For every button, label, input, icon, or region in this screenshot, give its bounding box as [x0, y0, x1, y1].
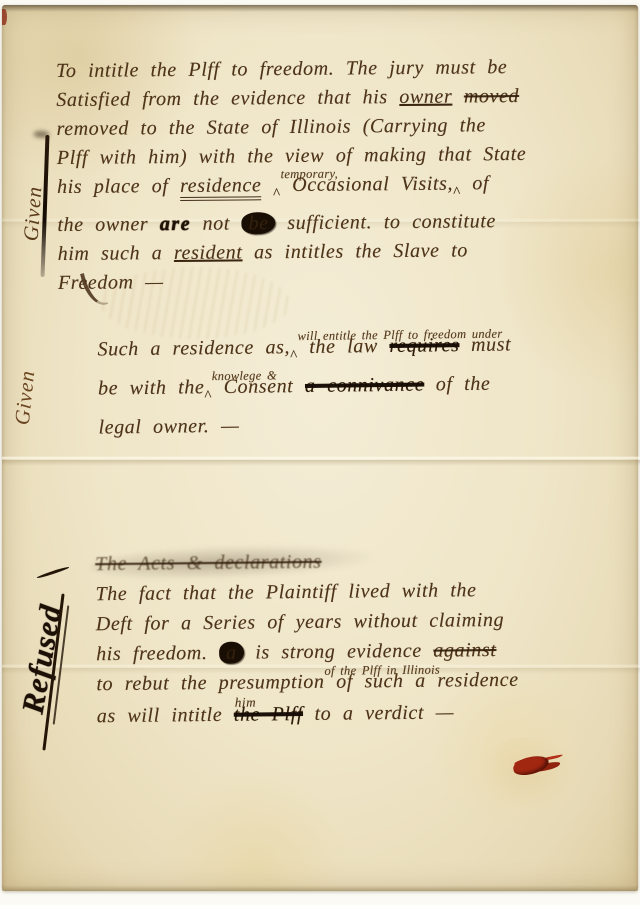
handwritten-text: his place of: [57, 175, 180, 198]
handwritten-text: the owner: [57, 213, 160, 236]
caret-mark: ^: [273, 186, 281, 202]
manuscript-line: Satisfied from the evidence that his own…: [56, 82, 526, 115]
handwritten-text: [261, 174, 273, 196]
handwritten-text: Such a residence as,: [97, 336, 290, 360]
manuscript-line: The fact that the Plaintiff lived with t…: [95, 575, 518, 609]
margin-note-refused: Refused: [7, 557, 77, 760]
ink-blot: be: [241, 212, 275, 234]
handwritten-text: legal owner. —: [98, 415, 239, 439]
handwritten-text: to rebut the presumption: [96, 671, 324, 695]
handwritten-text: Satisfied from the evidence that his: [56, 86, 399, 111]
struck-text: The Acts & declarations: [95, 551, 322, 575]
handwritten-text: his freedom.: [96, 642, 219, 665]
handwritten-text: of the: [424, 373, 490, 396]
struck-text: a connivance: [305, 374, 425, 397]
handwritten-text: are: [160, 213, 191, 235]
manuscript-line: him such a resident as intitles the Slav…: [58, 236, 528, 269]
handwritten-text: To intitle the Plff to freedom. The jury…: [56, 56, 507, 82]
handwritten-text: residence: [180, 174, 262, 201]
manuscript-line: To intitle the Plff to freedom. The jury…: [56, 53, 526, 86]
red-corner-speck: [2, 9, 7, 25]
scanned-page: To intitle the Plff to freedom. The jury…: [0, 0, 640, 905]
manuscript-line: Freedom —: [58, 265, 528, 298]
manuscript-line: Such a residence as,^will entitle the Pl…: [97, 329, 511, 373]
handwritten-text: of: [461, 172, 490, 194]
handwritten-text: removed to the State of Illinois (Carryi…: [56, 114, 486, 140]
manuscript-line: Deft for a Series of years without claim…: [96, 605, 519, 639]
struck-text: against: [433, 639, 496, 662]
manuscript-line: legal owner. —: [98, 407, 512, 442]
text-block-jury-instruction: To intitle the Plff to freedom. The jury…: [56, 53, 528, 298]
text-block-residence-consent: Such a residence as,^will entitle the Pl…: [97, 329, 512, 442]
handwritten-text: Deft for a Series of years without claim…: [96, 609, 505, 635]
caret-mark: ^: [453, 185, 461, 201]
handwritten-text: Plff with him) with the view of making t…: [57, 143, 527, 169]
handwritten-text: not: [191, 212, 242, 234]
manuscript-line: to rebut the presumptionof the Plff in I…: [96, 665, 519, 701]
manuscript-line: The Acts & declarations: [95, 545, 518, 579]
handwritten-text: Freedom —: [58, 271, 164, 294]
handwritten-text: as will intitle: [97, 704, 234, 727]
ink-blot: a: [219, 642, 244, 664]
paper-sheet: To intitle the Plff to freedom. The jury…: [2, 5, 638, 891]
text-block-acts-declarations: The Acts & declarationsThe fact that the…: [95, 545, 519, 733]
handwritten-text: resident: [174, 241, 243, 264]
handwritten-text: him such a: [58, 242, 174, 265]
handwritten-text: The fact that the Plaintiff lived with t…: [95, 579, 476, 605]
margin-note-given-2: Given: [6, 332, 44, 464]
fold-crease-middle: [2, 456, 640, 467]
manuscript-line: his freedom. a is strong evidence agains…: [96, 635, 519, 669]
manuscript-line: his place of residence ^temporary, Occas…: [57, 169, 527, 211]
handwritten-text: owner: [399, 86, 452, 108]
struck-text: moved: [464, 85, 519, 107]
handwritten-text: sufficient. to constitute: [276, 210, 496, 234]
manuscript-line: as will intitle the Plffhim to a verdict…: [97, 697, 520, 733]
manuscript-line: be with the^knowlege & Consent a conniva…: [98, 368, 512, 412]
handwritten-text: [452, 85, 464, 107]
handwritten-text: is strong evidence: [244, 640, 434, 664]
manuscript-line: removed to the State of Illinois (Carryi…: [56, 111, 526, 144]
manuscript-line: the owner are not be sufficient. to cons…: [57, 207, 527, 240]
handwritten-text: be with the: [98, 376, 205, 399]
caret-mark: ^: [204, 388, 212, 404]
handwritten-text: as intitles the Slave to: [242, 239, 468, 263]
handwritten-text: to a verdict —: [303, 701, 454, 725]
